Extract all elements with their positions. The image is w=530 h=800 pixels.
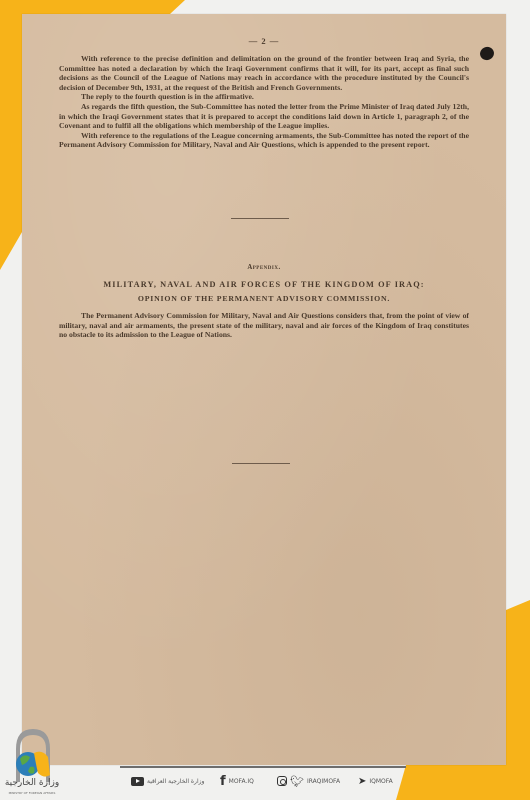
footer-rule — [120, 766, 406, 768]
appendix-text: The Permanent Advisory Commission for Mi… — [59, 311, 469, 340]
instagram-icon — [277, 776, 287, 786]
twitter-icon: 🐦︎ — [290, 775, 304, 788]
paragraph-fourth-question: The reply to the fourth question is in t… — [59, 92, 469, 102]
appendix-label: Appendix. — [22, 264, 506, 271]
report-text: With reference to the precise definition… — [59, 54, 469, 150]
telegram-link[interactable]: ➤ IQMOFA — [358, 774, 393, 788]
youtube-label: وزارة الخارجية العراقية — [147, 778, 204, 785]
logo-text-english: MINISTRY OF FOREIGN AFFAIRS — [4, 791, 60, 795]
youtube-link[interactable]: وزارة الخارجية العراقية — [131, 774, 204, 788]
appendix-title: MILITARY, NAVAL AND AIR FORCES OF THE KI… — [22, 280, 506, 289]
page-number: — 2 — — [22, 36, 506, 46]
paragraph-fifth-question: As regards the fifth question, the Sub-C… — [59, 102, 469, 131]
appendix-subtitle: OPINION OF THE PERMANENT ADVISORY COMMIS… — [22, 294, 506, 303]
telegram-label: IQMOFA — [369, 778, 392, 785]
paragraph-frontier: With reference to the precise definition… — [59, 54, 469, 92]
document-page: — 2 — With reference to the precise defi… — [22, 14, 506, 765]
section-divider — [231, 218, 289, 219]
paragraph-appendix-opinion: The Permanent Advisory Commission for Mi… — [59, 311, 469, 340]
facebook-icon: f — [220, 774, 226, 789]
punch-hole — [478, 45, 496, 62]
twitter-instagram-link[interactable]: 🐦︎ IRAQIMOFA — [277, 774, 340, 788]
logo-text-arabic: وزارة الخارجية — [4, 778, 60, 788]
facebook-link[interactable]: f MOFA.IQ — [220, 774, 254, 788]
paragraph-armaments: With reference to the regulations of the… — [59, 131, 469, 150]
youtube-icon — [131, 777, 144, 786]
facebook-label: MOFA.IQ — [229, 778, 254, 785]
end-divider — [232, 463, 290, 464]
telegram-icon: ➤ — [358, 776, 366, 787]
twitter-label: IRAQIMOFA — [307, 778, 340, 785]
